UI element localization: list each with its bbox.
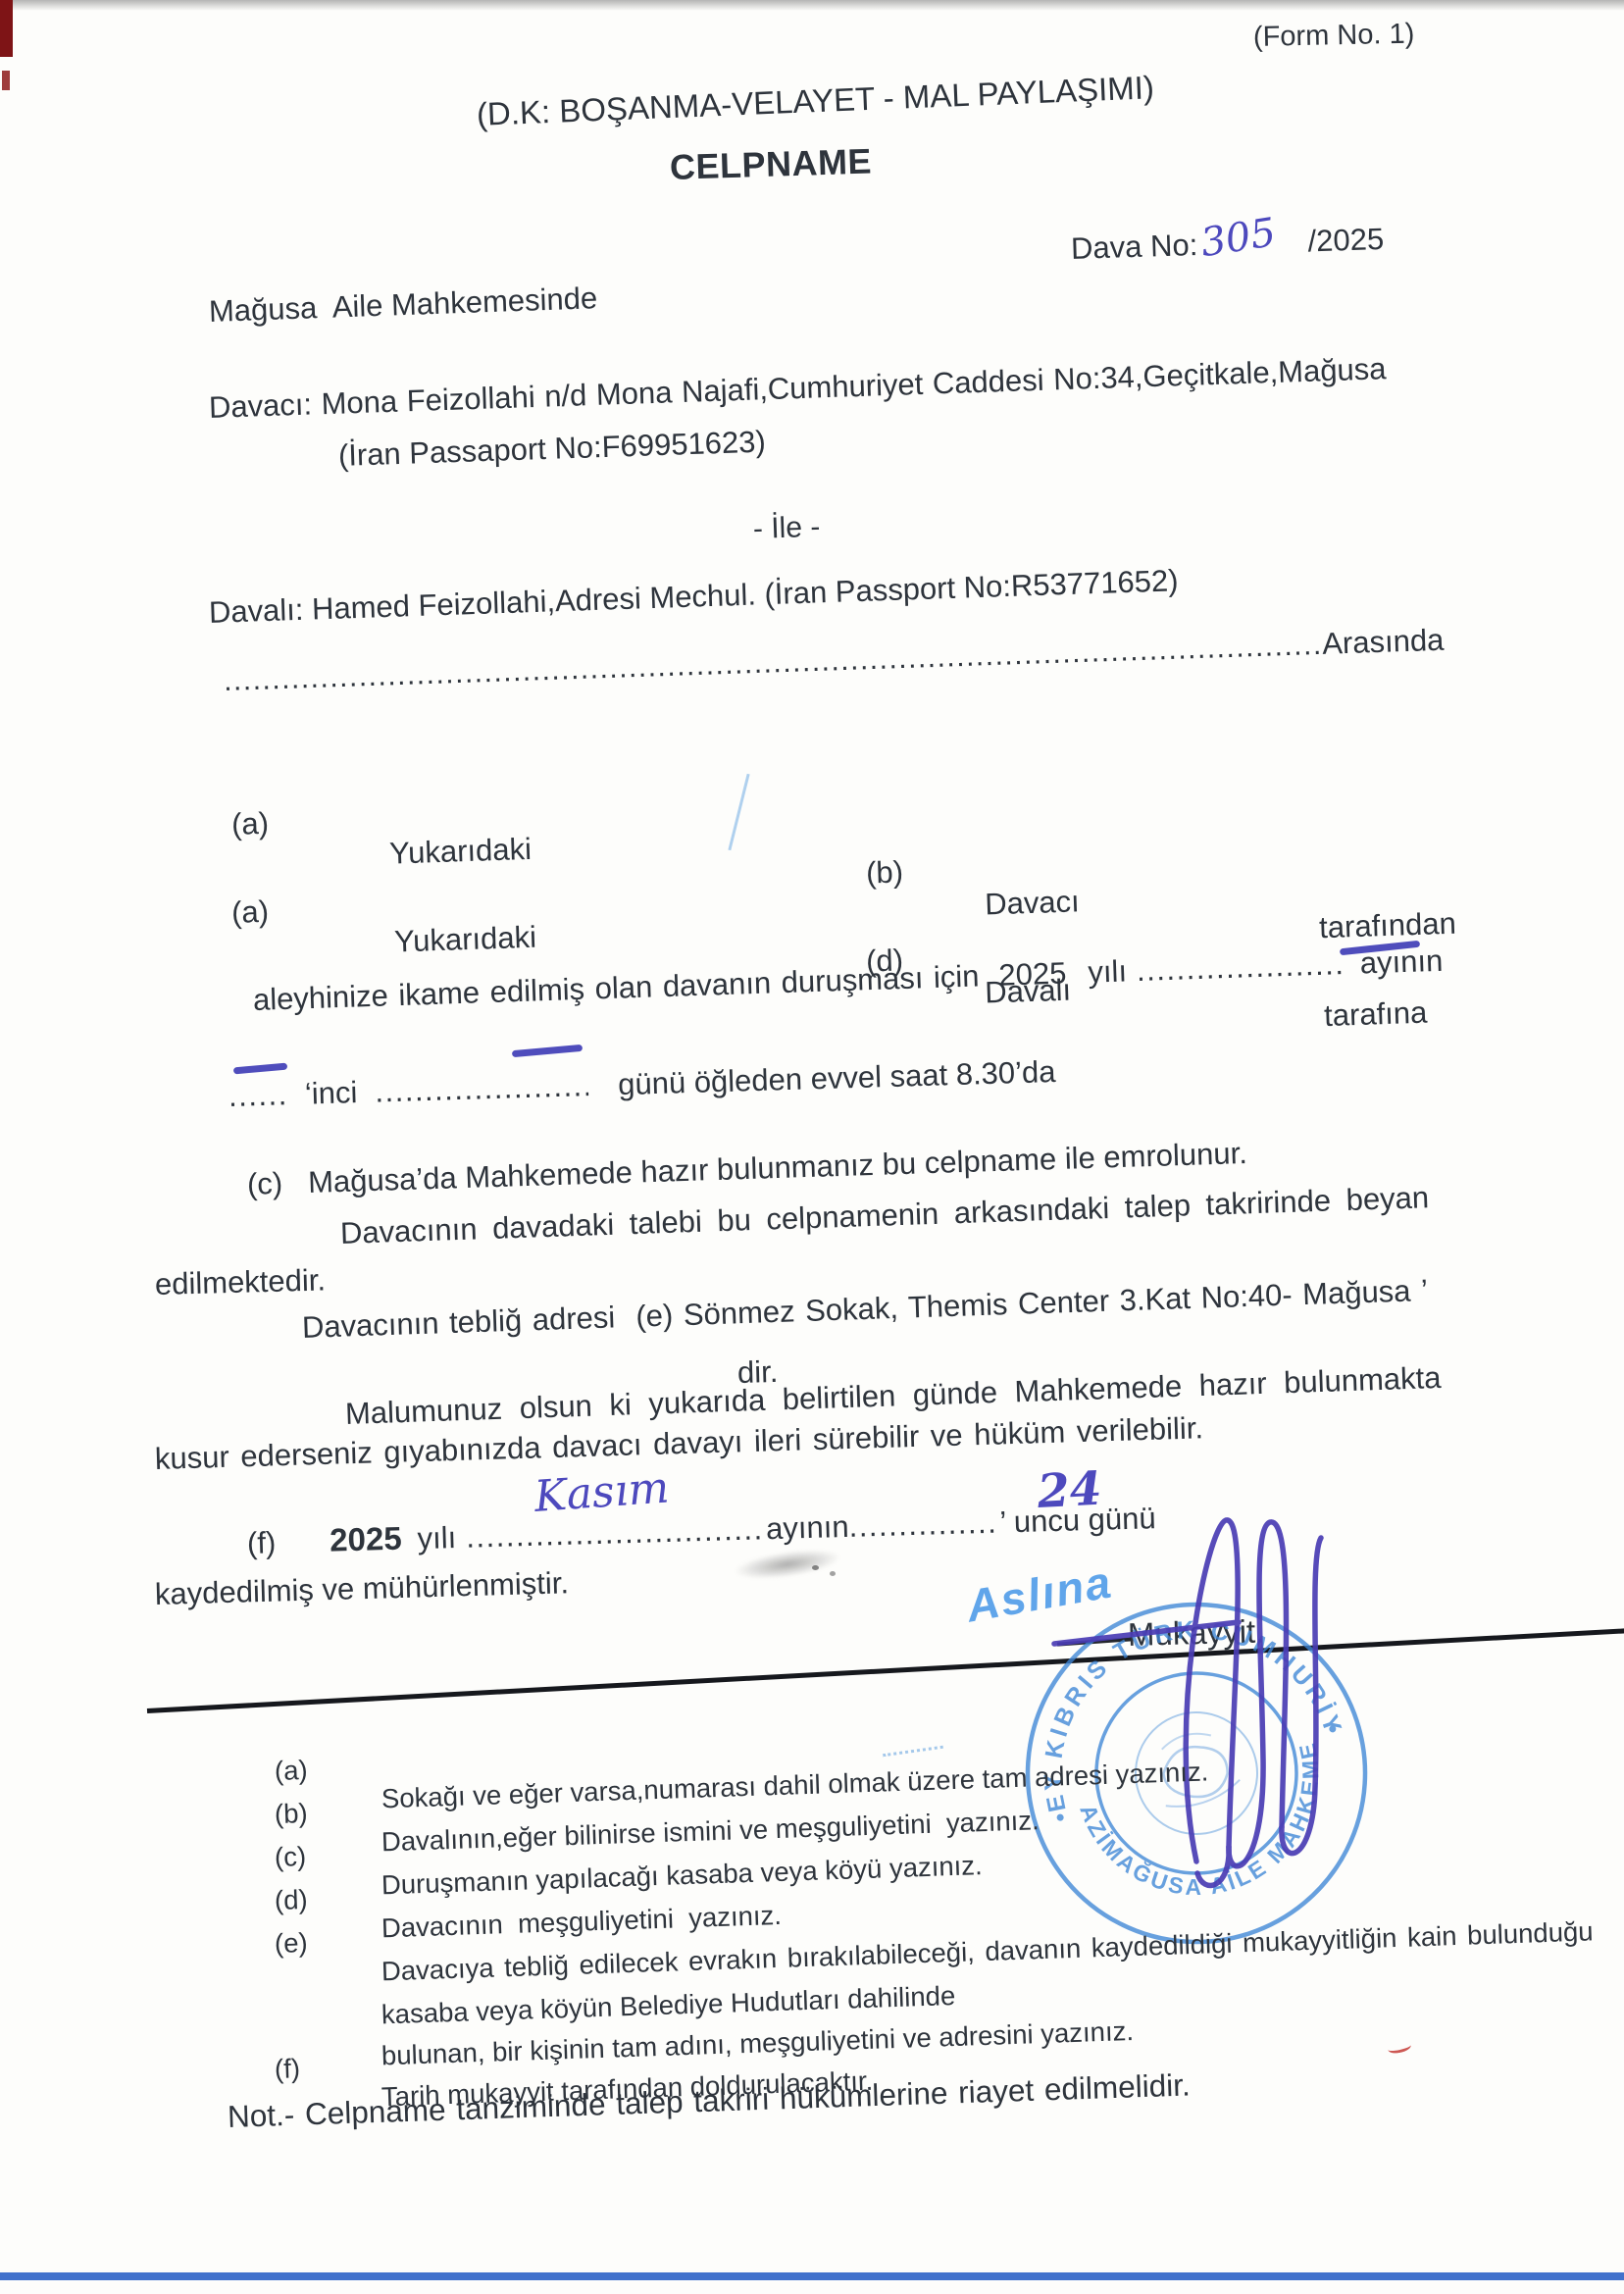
day-dots: ............ xyxy=(228,1077,289,1110)
scan-smudge xyxy=(733,1544,843,1584)
scan-artifact-red-dot xyxy=(2,71,10,90)
month-dots: ........................................ xyxy=(1136,946,1345,986)
clause-ref-a: (a) xyxy=(231,805,270,841)
case-number-handwritten: 305 xyxy=(1198,210,1279,266)
ile-separator: - İle - xyxy=(752,511,820,547)
scan-smudge-dot xyxy=(812,1565,819,1570)
clause-taraf: tarafından xyxy=(1319,906,1457,945)
scan-artifact-top-band xyxy=(0,0,1624,11)
hearing-line2-rest: günü öğleden evvel saat 8.30’da xyxy=(618,1054,1056,1102)
f-dots2: ......................... xyxy=(848,1505,996,1542)
scan-artifact-red-strip xyxy=(0,0,13,57)
footnote-ref: (f) xyxy=(274,2053,300,2085)
pen-dash-day2 xyxy=(512,1045,583,1057)
hearing-line-2: ............ ‘inci .....................… xyxy=(228,1054,1056,1114)
hearing-text: aleyhinize ikame edilmiş olan davanın du… xyxy=(252,958,980,1017)
case-number-year: /2025 xyxy=(1307,222,1385,259)
case-number-line: Dava No: 305 /2025 xyxy=(1070,214,1384,269)
defendant-line: Davalı: Hamed Feizollahi,Adresi Mechul. … xyxy=(208,563,1179,630)
inci-label: ‘inci xyxy=(304,1075,357,1111)
clause-taraf: tarafına xyxy=(1324,995,1428,1034)
hearing-year: 2025 xyxy=(998,955,1067,993)
handwritten-month: Kasım xyxy=(533,1463,671,1522)
clause-party: Davacı xyxy=(985,884,1081,922)
para-c-ref: (c) xyxy=(246,1166,282,1202)
subject-line: (D.K: BOŞANMA-VELAYET - MAL PAYLAŞIMI) xyxy=(476,69,1154,133)
hearing-yili: yılı xyxy=(1088,953,1128,990)
form-no: (Form No. 1) xyxy=(1253,19,1415,55)
clause-yukaridaki: Yukarıdaki xyxy=(394,920,537,959)
service-address: Davacının tebliğ adresi (e) Sönmez Sokak… xyxy=(301,1273,1428,1346)
plaintiff-passport: (İran Passaport No:F69951623) xyxy=(337,425,766,474)
day2-dots: ........................................ xyxy=(375,1068,589,1106)
page-title: CELPNAME xyxy=(669,141,872,188)
clause-row-1: (a) Yukarıdaki (b) Davacı tarafından xyxy=(229,729,1535,811)
scan-smudge-dot xyxy=(830,1571,836,1576)
para-c-line3: edilmektedir. xyxy=(155,1262,327,1301)
f-ref: (f) xyxy=(247,1525,277,1560)
f-dots1: ........................................… xyxy=(466,1511,761,1552)
clause-ref-a: (a) xyxy=(231,893,270,930)
scan-artifact-bottom-blue-bar xyxy=(0,2272,1624,2280)
registration-line2: kaydedilmiş ve mühürlenmiştir. xyxy=(155,1565,570,1611)
f-year: 2025 xyxy=(330,1520,402,1559)
arasinda-line: ........................................… xyxy=(223,623,1444,698)
case-number-label: Dava No: xyxy=(1071,228,1198,267)
f-ayinin: ayının xyxy=(766,1509,849,1547)
f-yili: yılı xyxy=(417,1520,457,1556)
plaintiff-line: Davacı: Mona Feizollahi n/d Mona Najafi,… xyxy=(208,351,1387,425)
scanned-court-form: { "page": { "form_no": "(Form No. 1)" },… xyxy=(0,0,1624,2294)
arasinda-dots: ........................................… xyxy=(223,629,1322,696)
arasinda-label: Arasında xyxy=(1322,623,1445,662)
court-name: Mağusa Aile Mahkemesinde xyxy=(208,280,597,329)
